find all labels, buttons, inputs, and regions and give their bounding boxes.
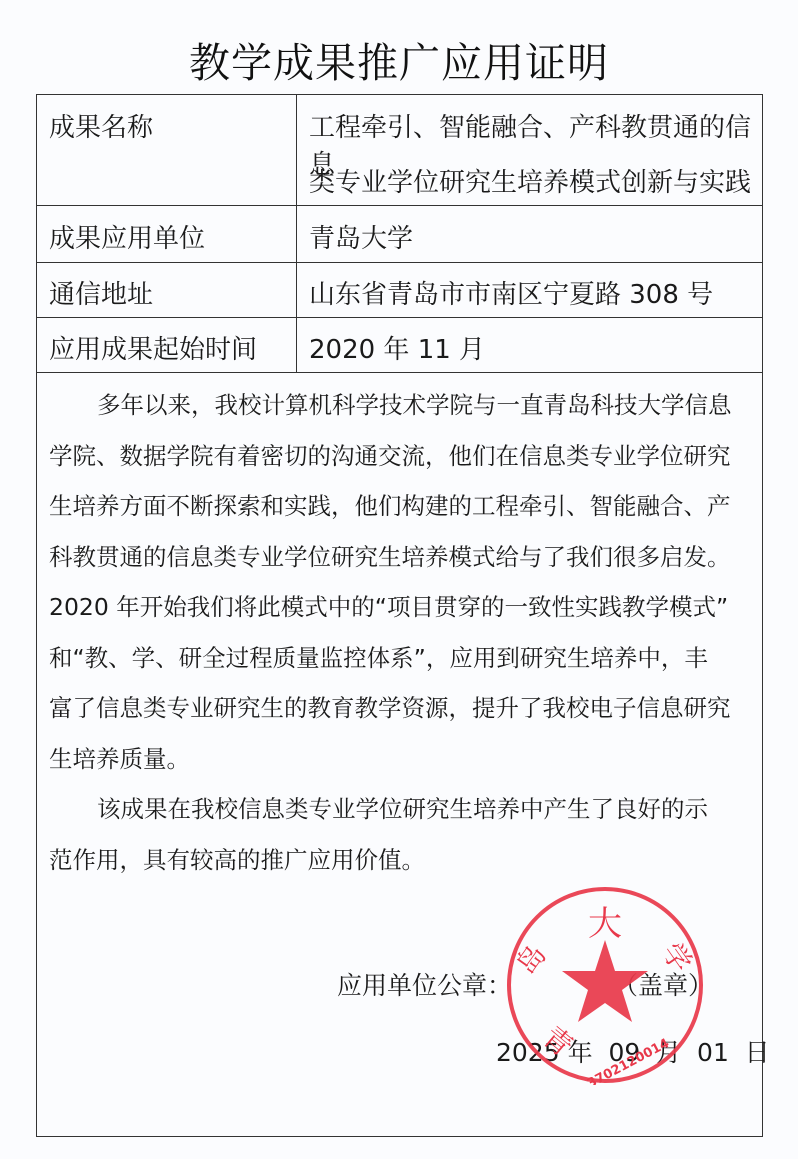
row-start-time: 应用成果起始时间 2020 年 11 月 (37, 318, 762, 373)
document-title: 教学成果推广应用证明 (0, 30, 798, 89)
para1-line: 生培养方面不断探索和实践，他们构建的工程牵引、智能融合、产 (49, 481, 757, 532)
value-address: 山东省青岛市市南区宁夏路 308 号 (309, 274, 713, 311)
para2-line: 该成果在我校信息类专业学位研究生培养中产生了良好的示 (97, 795, 708, 823)
label-address: 通信地址 (49, 274, 153, 311)
value-start-time: 2020 年 11 月 (309, 329, 485, 366)
body-paragraph-1: 多年以来，我校计算机科学技术学院与一直青岛科技大学信息 学院、数据学院有着密切的… (49, 380, 757, 784)
para1-line: 多年以来，我校计算机科学技术学院与一直青岛科技大学信息 (97, 391, 732, 419)
row-achievement-name: 成果名称 工程牵引、智能融合、产科教贯通的信息 类专业学位研究生培养模式创新与实… (37, 95, 762, 206)
seal-label: 应用单位公章： (337, 966, 512, 1002)
para1-line: 2020 年开始我们将此模式中的“项目贯穿的一致性实践教学模式” (49, 582, 757, 633)
signature-date: 2025 年 09 月 01 日 (496, 1033, 770, 1069)
row-applying-unit: 成果应用单位 青岛大学 (37, 206, 762, 263)
row-address: 通信地址 山东省青岛市市南区宁夏路 308 号 (37, 263, 762, 318)
para1-line: 学院、数据学院有着密切的沟通交流，他们在信息类专业学位研究 (49, 431, 757, 482)
label-start-time: 应用成果起始时间 (49, 329, 257, 366)
label-achievement-name: 成果名称 (49, 107, 153, 144)
value-achievement-name-line2: 类专业学位研究生培养模式创新与实践 (309, 162, 751, 199)
certificate-table: 成果名称 工程牵引、智能融合、产科教贯通的信息 类专业学位研究生培养模式创新与实… (36, 94, 763, 1137)
para1-line: 生培养质量。 (49, 734, 757, 785)
para2-line: 范作用，具有较高的推广应用价值。 (49, 835, 757, 886)
para1-line: 科教贯通的信息类专业学位研究生培养模式给与了我们很多启发。 (49, 532, 757, 583)
value-applying-unit: 青岛大学 (309, 218, 413, 255)
body-paragraph-2: 该成果在我校信息类专业学位研究生培养中产生了良好的示 范作用，具有较高的推广应用… (49, 784, 757, 885)
para1-line: 和“教、学、研全过程质量监控体系”，应用到研究生培养中，丰 (49, 633, 757, 684)
seal-note: （盖章） (613, 966, 713, 1002)
para1-line: 富了信息类专业研究生的教育教学资源，提升了我校电子信息研究 (49, 683, 757, 734)
label-applying-unit: 成果应用单位 (49, 218, 205, 255)
